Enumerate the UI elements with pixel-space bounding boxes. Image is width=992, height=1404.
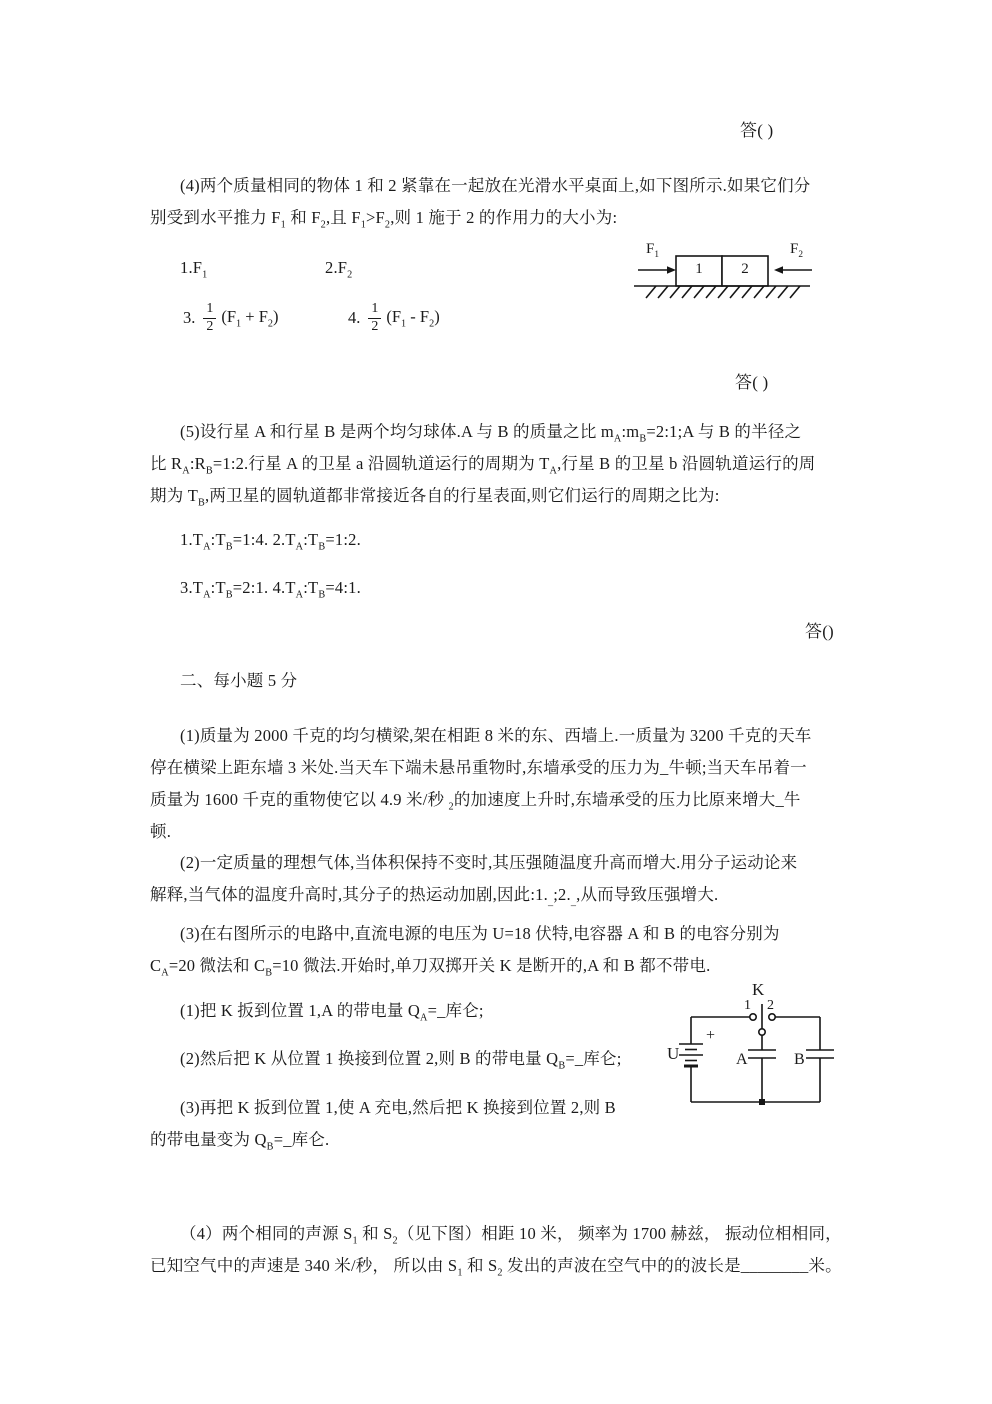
s2q4-line2: 已知空气中的声速是 340 米/秒， 所以由 S1 和 S2 发出的声波在空气中… bbox=[150, 1254, 842, 1278]
fraction-numerator: 1 bbox=[203, 301, 216, 318]
section-2-heading: 二、每小题 5 分 bbox=[180, 669, 297, 693]
capacitor-a-label: A bbox=[736, 1052, 748, 1068]
s2q3-sub3-line2: 的带电量变为 QB=_库仑. bbox=[150, 1128, 329, 1152]
q4-option-4-expression: (F1 - F2) bbox=[386, 307, 439, 329]
block-1-label: 1 bbox=[676, 261, 722, 278]
switch-k-label: K bbox=[752, 982, 764, 998]
capacitor-b-label: B bbox=[794, 1052, 805, 1068]
s2q3-sub1: (1)把 K 扳到位置 1,A 的带电量 QA=_库仑; bbox=[180, 999, 484, 1023]
s2q3-sub3-line1: (3)再把 K 扳到位置 1,使 A 充电,然后把 K 换接到位置 2,则 B bbox=[180, 1096, 616, 1120]
q4-text-line1: (4)两个质量相同的物体 1 和 2 紧靠在一起放在光滑水平桌面上,如下图所示.… bbox=[180, 174, 811, 198]
fraction-numerator: 1 bbox=[368, 301, 381, 318]
q5-options-row1: 1.TA:TB=1:4. 2.TA:TB=1:2. bbox=[180, 528, 361, 552]
q4-option-3: 3. 1 2 (F1 + F2) bbox=[183, 297, 279, 339]
junction-node bbox=[759, 1099, 765, 1105]
s2q4-line1: （4）两个相同的声源 S1 和 S2（见下图）相距 10 米， 频率为 1700… bbox=[180, 1222, 842, 1246]
q4-option-3-expression: (F1 + F2) bbox=[221, 307, 278, 329]
capacitor-circuit-diagram: K 1 2 U + A B bbox=[660, 982, 860, 1110]
s2q1-line2: 停在横梁上距东墙 3 米处.当天车下端未悬吊重物时,东墙承受的压力为_牛顿;当天… bbox=[150, 756, 807, 780]
force-f2-label: F2 bbox=[790, 241, 803, 263]
contact-2-label: 2 bbox=[767, 998, 774, 1014]
battery-plus-label: + bbox=[706, 1028, 715, 1044]
q5-text-line2: 比 RA:RB=1:2.行星 A 的卫星 a 沿圆轨道运行的周期为 TA,行星 … bbox=[150, 452, 816, 476]
fraction-one-half: 1 2 bbox=[203, 301, 216, 334]
s2q1-line1: (1)质量为 2000 千克的均匀横梁,架在相距 8 米的东、西墙上.一质量为 … bbox=[180, 724, 812, 748]
q4-option-2: 2.F2 bbox=[325, 256, 352, 280]
fraction-denominator: 2 bbox=[368, 319, 381, 335]
exam-document-page: 答( ) (4)两个质量相同的物体 1 和 2 紧靠在一起放在光滑水平桌面上,如… bbox=[0, 0, 992, 1404]
q5-text-line1: (5)设行星 A 和行星 B 是两个均匀球体.A 与 B 的质量之比 mA:mB… bbox=[180, 420, 801, 444]
answer-blank-2: 答( ) bbox=[735, 371, 768, 395]
s2q3-line2: CA=20 微法和 CB=10 微法.开始时,单刀双掷开关 K 是断开的,A 和… bbox=[150, 954, 710, 978]
q4-option-3-prefix: 3. bbox=[183, 308, 195, 328]
force-f1-label: F1 bbox=[646, 241, 659, 263]
s2q1-line3: 质量为 1600 千克的重物使它以 4.9 米/秒 2的加速度上升时,东墙承受的… bbox=[150, 788, 801, 812]
q4-option-1: 1.F1 bbox=[180, 256, 207, 280]
fraction-denominator: 2 bbox=[203, 319, 216, 335]
fraction-one-half: 1 2 bbox=[368, 301, 381, 334]
block-2-label: 2 bbox=[722, 261, 768, 278]
answer-blank-3: 答() bbox=[805, 620, 834, 644]
circuit-drawing bbox=[660, 982, 860, 1110]
s2q2-line2: 解释,当气体的温度升高时,其分子的热运动加剧,因此:1._;2._,从而导致压强… bbox=[150, 883, 718, 907]
s2q2-line1: (2)一定质量的理想气体,当体积保持不变时,其压强随温度升高而增大.用分子运动论… bbox=[180, 851, 797, 875]
q4-option-4: 4. 1 2 (F1 - F2) bbox=[348, 297, 440, 339]
s2q3-line1: (3)在右图所示的电路中,直流电源的电压为 U=18 伏特,电容器 A 和 B … bbox=[180, 922, 780, 946]
q5-options-row2: 3.TA:TB=2:1. 4.TA:TB=4:1. bbox=[180, 576, 361, 600]
q5-text-line3: 期为 TB,两卫星的圆轨道都非常接近各自的行星表面,则它们运行的周期之比为: bbox=[150, 484, 719, 508]
s2q1-line4: 顿. bbox=[150, 820, 171, 844]
battery-u-label: U bbox=[667, 1046, 679, 1062]
q4-text-line2: 别受到水平推力 F1 和 F2,且 F1>F2,则 1 施于 2 的作用力的大小… bbox=[150, 206, 617, 230]
force-blocks-diagram: F1 F2 1 2 bbox=[632, 240, 818, 302]
answer-blank-1: 答( ) bbox=[740, 119, 773, 143]
q4-option-4-prefix: 4. bbox=[348, 308, 360, 328]
contact-1-label: 1 bbox=[744, 998, 751, 1014]
s2q3-sub2: (2)然后把 K 从位置 1 换接到位置 2,则 B 的带电量 QB=_库仑; bbox=[180, 1047, 621, 1071]
